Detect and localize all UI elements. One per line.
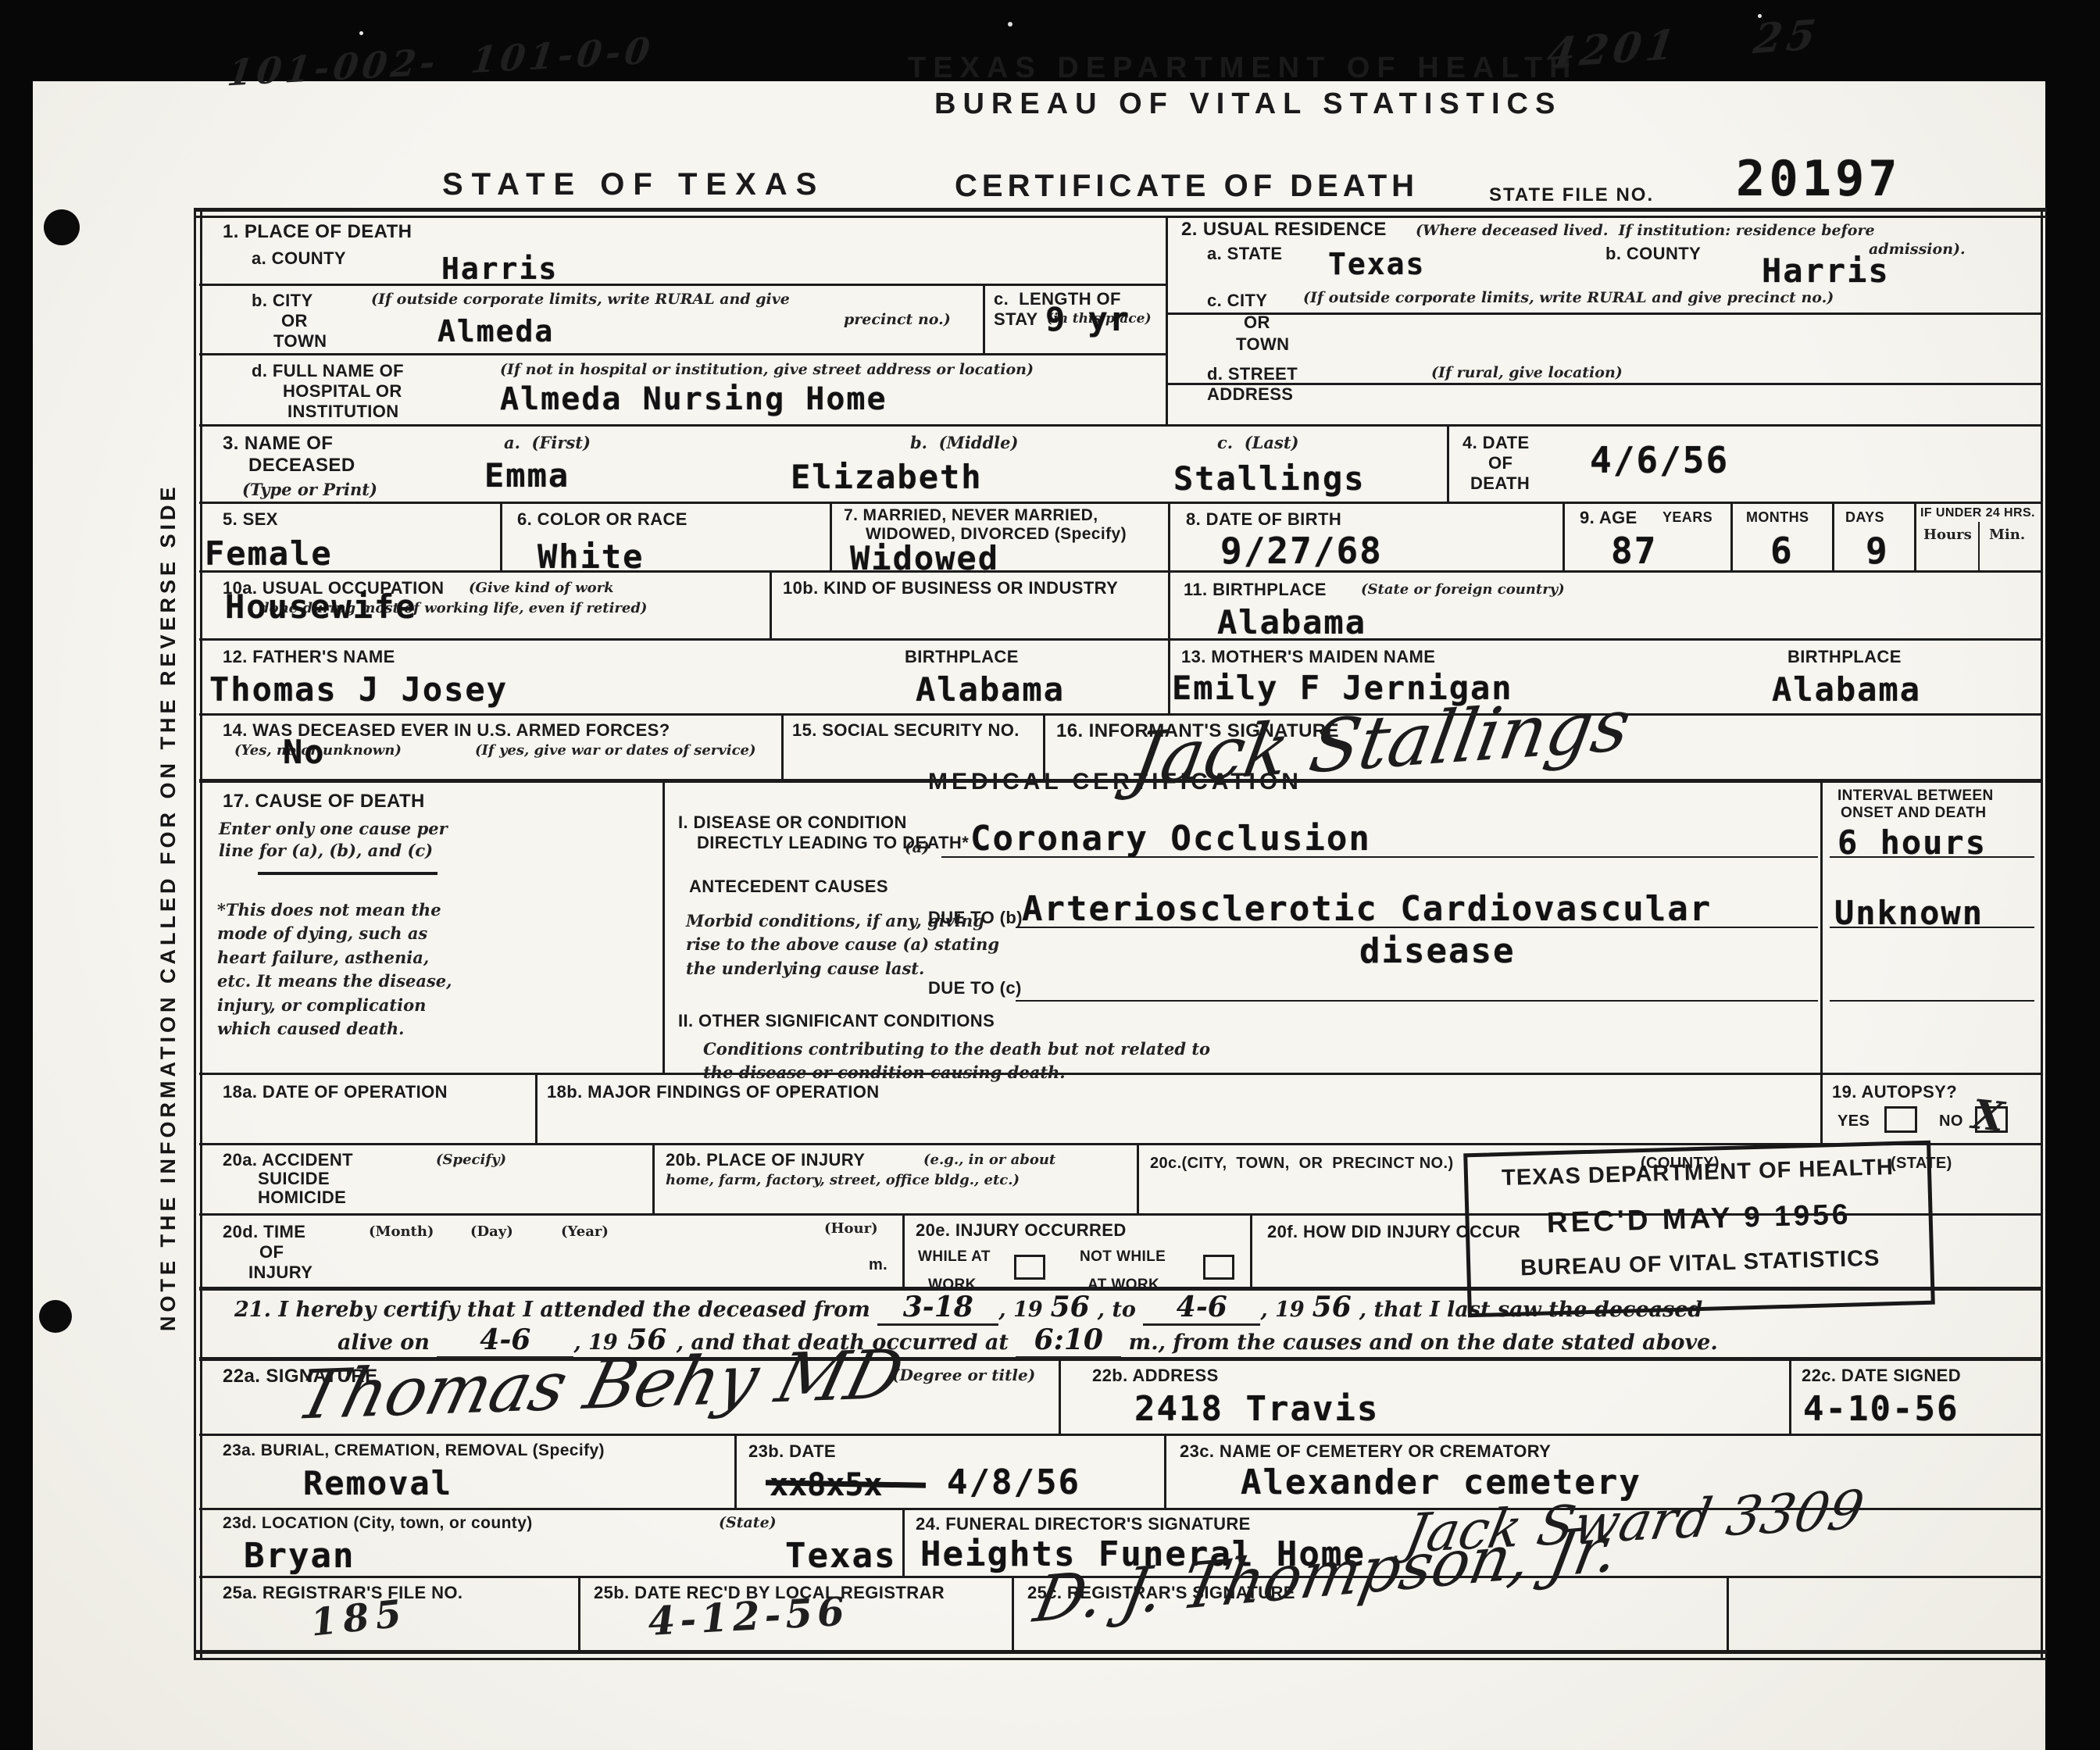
funeral-director-label: 24. FUNERAL DIRECTOR'S SIGNATURE [916, 1514, 1251, 1534]
cause-a-label: (a) [905, 837, 930, 856]
not-while-at-work-checkbox[interactable] [1203, 1255, 1234, 1280]
date-signed-label: 22c. DATE SIGNED [1802, 1366, 1961, 1386]
hour-label: (Hour) [824, 1220, 878, 1237]
autopsy-no-label: NO [1939, 1112, 1963, 1130]
while-at-label: WHILE AT [918, 1248, 991, 1266]
min-label: Min. [1989, 527, 2025, 543]
institution-label3: INSTITUTION [287, 402, 399, 422]
burial-value: Removal [303, 1464, 452, 1502]
autopsy-yes-label: YES [1837, 1112, 1870, 1130]
hole-punch-top [44, 209, 80, 245]
city-note: (If outside corporate limits, write RURA… [371, 291, 790, 308]
due-to-b-label: DUE TO (b) [928, 908, 1023, 928]
location-label: 23d. LOCATION (City, town, or county) [223, 1514, 533, 1533]
city-note2: precinct no.) [844, 311, 951, 328]
physician-address-value: 2418 Travis [1134, 1389, 1379, 1429]
homicide-label: HOMICIDE [258, 1187, 346, 1208]
mother-name-label: 13. MOTHER'S MAIDEN NAME [1181, 647, 1435, 667]
residence-or-label: OR [1244, 312, 1270, 333]
location-city-value: Bryan [244, 1536, 355, 1576]
autopsy-label: 19. AUTOPSY? [1832, 1082, 1957, 1102]
header-bureau: BUREAU OF VITAL STATISTICS [934, 87, 1562, 121]
attended-from-year: 56 [1043, 1291, 1098, 1323]
age-years-label: YEARS [1662, 509, 1712, 526]
time-of-injury-label2: OF [259, 1242, 284, 1262]
mother-birthplace-value: Alabama [1772, 670, 1921, 709]
operation-date-label: 18a. DATE OF OPERATION [223, 1082, 448, 1102]
institution-value: Almeda Nursing Home [500, 381, 887, 417]
film-speck [1008, 22, 1012, 27]
armed-forces-value: No [283, 733, 326, 771]
cemetery-label: 23c. NAME OF CEMETERY OR CREMATORY [1180, 1441, 1551, 1462]
injury-occurred-label: 20e. INJURY OCCURRED [916, 1220, 1127, 1241]
occupation-note: (Give kind of work [469, 580, 614, 596]
mother-birthplace-label: BIRTHPLACE [1787, 647, 1902, 667]
age-label: 9. AGE [1580, 508, 1637, 528]
age-months-label: MONTHS [1746, 509, 1809, 526]
residence-town-label: TOWN [1236, 334, 1289, 355]
cert-text: , to [1098, 1298, 1144, 1322]
stamp-line1: TEXAS DEPARTMENT OF HEALTH [1468, 1154, 1928, 1192]
place-of-death-title: 1. PLACE OF DEATH [223, 221, 412, 243]
cert-text: 21. I hereby certify that I attended the… [234, 1298, 877, 1322]
marital-label: 7. MARRIED, NEVER MARRIED, [844, 506, 1098, 525]
dob-label: 8. DATE OF BIRTH [1186, 509, 1341, 530]
stamp-line2: REC'D MAY 9 1956 [1469, 1196, 1929, 1241]
burial-date-value: 4/8/56 [947, 1462, 1080, 1502]
cause-a-value: Coronary Occlusion [970, 819, 1371, 859]
name-title3: (Type or Print) [242, 480, 377, 499]
cause-b-value2: disease [1359, 931, 1515, 971]
armed-forces-note2: (If yes, give war or dates of service) [475, 742, 756, 759]
birthplace-label: 11. BIRTHPLACE [1184, 580, 1327, 600]
accident-specify-note: (Specify) [436, 1152, 506, 1168]
race-value: White [537, 537, 644, 576]
ssn-label: 15. SOCIAL SECURITY NO. [792, 720, 1020, 741]
city-value: Almeda [437, 314, 554, 348]
cert-text: alive on [337, 1330, 437, 1355]
attended-from-date: 3-18 [877, 1291, 998, 1326]
father-birthplace-label: BIRTHPLACE [905, 647, 1019, 667]
place-of-injury-note2: home, farm, factory, street, office bldg… [666, 1172, 1020, 1188]
death-time: 6:10 [1016, 1323, 1121, 1359]
attended-to-year: 56 [1305, 1291, 1359, 1323]
attended-to-date: 4-6 [1143, 1291, 1260, 1326]
header-state-of-texas: STATE OF TEXAS [442, 167, 825, 202]
time-of-injury-label: 20d. TIME [223, 1222, 305, 1242]
race-label: 6. COLOR OR RACE [517, 509, 687, 530]
cause-of-death-title: 17. CAUSE OF DEATH [223, 791, 425, 812]
usual-residence-title: 2. USUAL RESIDENCE [1181, 219, 1387, 241]
autopsy-no-mark: X [1970, 1091, 2007, 1141]
cause-b-value: Arteriosclerotic Cardiovascular [1022, 889, 1712, 929]
due-to-c-label: DUE TO (c) [928, 978, 1022, 998]
interval-a-value: 6 hours [1837, 823, 1987, 862]
location-state-value: Texas [785, 1536, 896, 1576]
cert-text: , 19 [1260, 1298, 1304, 1322]
suicide-label: SUICIDE [258, 1169, 330, 1189]
burial-date-label: 23b. DATE [748, 1441, 836, 1462]
date-signed-value: 4-10-56 [1803, 1389, 1959, 1429]
marital-value: Widowed [850, 539, 999, 577]
hours-label: Hours [1923, 527, 1972, 543]
residence-county-value: Harris [1762, 252, 1890, 290]
while-at-work-checkbox[interactable] [1014, 1255, 1045, 1280]
not-while-label: NOT WHILE [1080, 1248, 1166, 1266]
date-of-death-label2: OF [1488, 453, 1512, 473]
father-birthplace-value: Alabama [916, 670, 1065, 709]
residence-city-note: (If outside corporate limits, write RURA… [1303, 289, 1834, 306]
operation-findings-label: 18b. MAJOR FINDINGS OF OPERATION [547, 1082, 880, 1102]
first-name-value: Emma [484, 456, 570, 495]
film-speck [359, 31, 363, 35]
hole-punch-bottom [39, 1300, 72, 1333]
interval-label: INTERVAL BETWEEN [1837, 787, 1994, 805]
m-label: m. [869, 1256, 887, 1274]
age-years-value: 87 [1611, 530, 1657, 572]
state-file-no-label: STATE FILE NO. [1489, 184, 1654, 206]
date-of-death-label: 4. DATE [1462, 433, 1530, 453]
cause-instruction2: *This does not mean the mode of dying, s… [217, 898, 459, 1041]
county-label: a. COUNTY [252, 248, 346, 269]
length-of-stay-value: 9 yr [1045, 300, 1130, 338]
last-name-label: c. (Last) [1217, 433, 1299, 452]
institution-label2: HOSPITAL OR [283, 381, 402, 402]
other-conditions-note: Conditions contributing to the death but… [703, 1037, 1219, 1085]
autopsy-yes-checkbox[interactable] [1884, 1106, 1917, 1133]
cause-instruction1b: line for (a), (b), and (c) [219, 841, 433, 860]
street-label2: ADDRESS [1207, 384, 1293, 405]
film-edge-right [2045, 0, 2100, 1750]
date-of-death-label3: DEATH [1470, 473, 1530, 494]
father-name-value: Thomas J Josey [209, 670, 508, 709]
disease-label: I. DISEASE OR CONDITION [678, 812, 907, 833]
sex-label: 5. SEX [223, 509, 278, 530]
interval-b-value: Unknown [1834, 894, 1984, 932]
place-of-injury-label: 20b. PLACE OF INJURY [666, 1150, 865, 1170]
residence-county-label: b. COUNTY [1605, 244, 1701, 264]
name-title2: DECEASED [248, 455, 355, 477]
accident-label: 20a. ACCIDENT [223, 1150, 353, 1170]
residence-state-value: Texas [1328, 247, 1425, 281]
usual-residence-note: (Where deceased lived. If institution: r… [1416, 222, 1875, 239]
industry-label: 10b. KIND OF BUSINESS OR INDUSTRY [783, 578, 1118, 598]
injury-city-label: 20c.(CITY, TOWN, OR PRECINCT NO.) [1150, 1155, 1454, 1173]
institution-label: d. FULL NAME OF [252, 361, 404, 381]
middle-name-value: Elizabeth [791, 458, 983, 496]
dob-value: 9/27/68 [1220, 530, 1383, 572]
date-of-death-value: 4/6/56 [1590, 439, 1729, 481]
header-department: TEXAS DEPARTMENT OF HEALTH [908, 52, 1577, 85]
received-stamp: TEXAS DEPARTMENT OF HEALTH REC'D MAY 9 1… [1463, 1141, 1935, 1318]
middle-name-label: b. (Middle) [910, 433, 1018, 452]
residence-state-label: a. STATE [1207, 244, 1283, 264]
age-days-value: 9 [1866, 530, 1889, 572]
place-of-injury-note: (e.g., in or about [923, 1152, 1055, 1168]
cert-text: m., from the causes and on the date stat… [1121, 1330, 1718, 1355]
name-title: 3. NAME OF [223, 433, 333, 455]
length-of-stay-label2: STAY [994, 309, 1038, 330]
day-label: (Day) [470, 1223, 513, 1240]
film-edge-left [0, 0, 33, 1750]
city-or-label: OR [281, 311, 308, 331]
stamp-line3: BUREAU OF VITAL STATISTICS [1470, 1245, 1930, 1283]
father-name-label: 12. FATHER'S NAME [223, 647, 395, 667]
degree-or-title-label: (Degree or title) [892, 1366, 1035, 1384]
location-state-label: (State) [719, 1514, 777, 1531]
street-note: (If rural, give location) [1431, 364, 1623, 381]
age-days-label: DAYS [1845, 509, 1884, 526]
scanned-death-certificate: 101-002- 101-0-0 4201 25 TEXAS DEPARTMEN… [0, 0, 2100, 1750]
occupation-value: Housewife [225, 587, 417, 626]
burial-label: 23a. BURIAL, CREMATION, REMOVAL (Specify… [223, 1441, 605, 1460]
city-label: b. CITY [252, 291, 313, 311]
city-town-label: TOWN [273, 331, 327, 352]
residence-city-label: c. CITY [1207, 291, 1267, 311]
cert-text: , 19 [998, 1298, 1042, 1322]
year-label: (Year) [561, 1223, 609, 1240]
county-value: Harris [441, 252, 558, 286]
time-of-injury-label3: INJURY [248, 1262, 312, 1283]
interval-label2: ONSET AND DEATH [1841, 805, 1987, 822]
birthplace-note: (State or foreign country) [1361, 581, 1565, 598]
institution-note: (If not in hospital or institution, give… [500, 361, 1034, 378]
birthplace-value: Alabama [1217, 603, 1366, 641]
cause-instruction1: Enter only one cause per [219, 819, 448, 838]
sex-value: Female [205, 534, 333, 573]
physician-address-label: 22b. ADDRESS [1092, 1366, 1219, 1386]
last-name-value: Stallings [1173, 459, 1366, 498]
antecedent-label: ANTECEDENT CAUSES [689, 877, 888, 897]
street-label: d. STREET [1207, 364, 1298, 384]
state-file-no-value: 20197 [1736, 150, 1902, 207]
under-24-label: IF UNDER 24 HRS. [1920, 506, 2035, 520]
sidebar-vertical-note: NOTE THE INFORMATION CALLED FOR ON THE R… [156, 259, 180, 1331]
other-conditions-label: II. OTHER SIGNIFICANT CONDITIONS [678, 1011, 995, 1031]
header-certificate-title: CERTIFICATE OF DEATH [955, 169, 1419, 204]
age-months-value: 6 [1770, 530, 1794, 572]
month-label: (Month) [369, 1223, 434, 1240]
first-name-label: a. (First) [504, 433, 591, 452]
